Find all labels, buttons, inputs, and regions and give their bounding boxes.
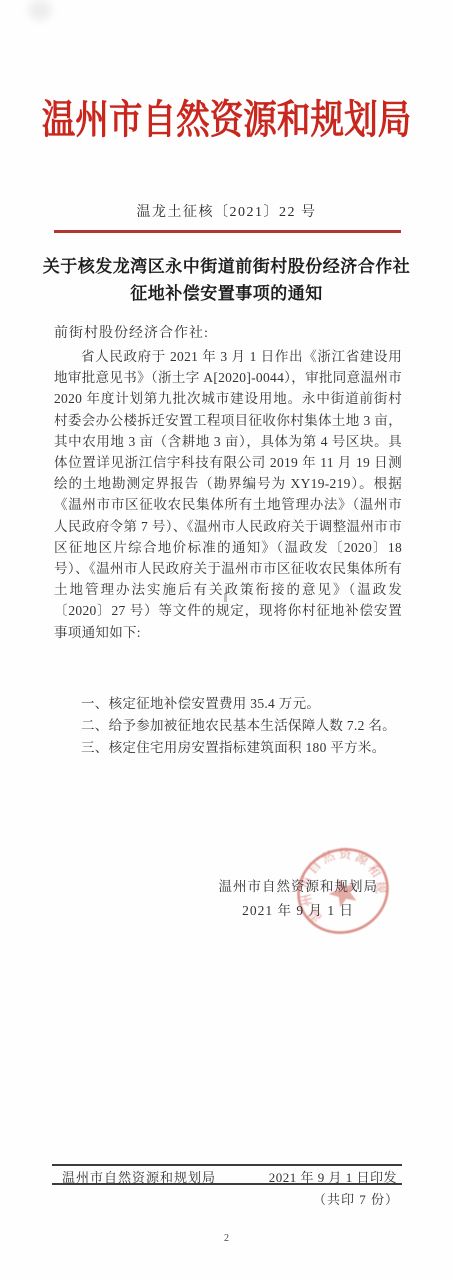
document-page: 温州市自然资源和规划局 温龙土征核〔2021〕22 号 关于核发龙湾区永中街道前… xyxy=(0,0,453,1280)
addressee-salutation: 前街村股份经济合作社: xyxy=(54,322,209,342)
notice-item-1: 一、核定征地补偿安置费用 35.4 万元。 xyxy=(54,693,402,715)
footer-top-rule xyxy=(52,1164,402,1166)
notice-item-3: 三、核定住宅用房安置指标建筑面积 180 平方米。 xyxy=(54,737,402,759)
letterhead-divider-rule xyxy=(54,230,401,233)
notice-title-line1: 关于核发龙湾区永中街道前街村股份经济合作社 xyxy=(20,253,433,280)
signature-date: 2021 年 9 月 1 日 xyxy=(242,899,354,919)
agency-letterhead-title: 温州市自然资源和规划局 xyxy=(36,88,417,145)
notice-title-line2: 征地补偿安置事项的通知 xyxy=(20,280,433,307)
notice-item-2: 二、给予参加被征地农民基本生活保障人数 7.2 名。 xyxy=(54,715,402,737)
scan-artifact-smudge xyxy=(28,0,52,20)
notice-title: 关于核发龙湾区永中街道前街村股份经济合作社 征地补偿安置事项的通知 xyxy=(20,253,433,307)
document-reference-number: 温龙土征核〔2021〕22 号 xyxy=(0,201,453,221)
notice-item-list: 一、核定征地补偿安置费用 35.4 万元。 二、给予参加被征地农民基本生活保障人… xyxy=(54,693,402,759)
footer-copies-count: （共印 7 份） xyxy=(313,1189,399,1208)
footer-bottom-rule xyxy=(52,1183,402,1185)
notice-body-paragraph: 省人民政府于 2021 年 3 月 1 日作出《浙江省建设用地审批意见书》（浙土… xyxy=(54,346,402,643)
page-number: 2 xyxy=(0,1233,453,1244)
signature-organization: 温州市自然资源和规划局 xyxy=(219,875,379,895)
scan-artifact-tick xyxy=(224,593,227,602)
